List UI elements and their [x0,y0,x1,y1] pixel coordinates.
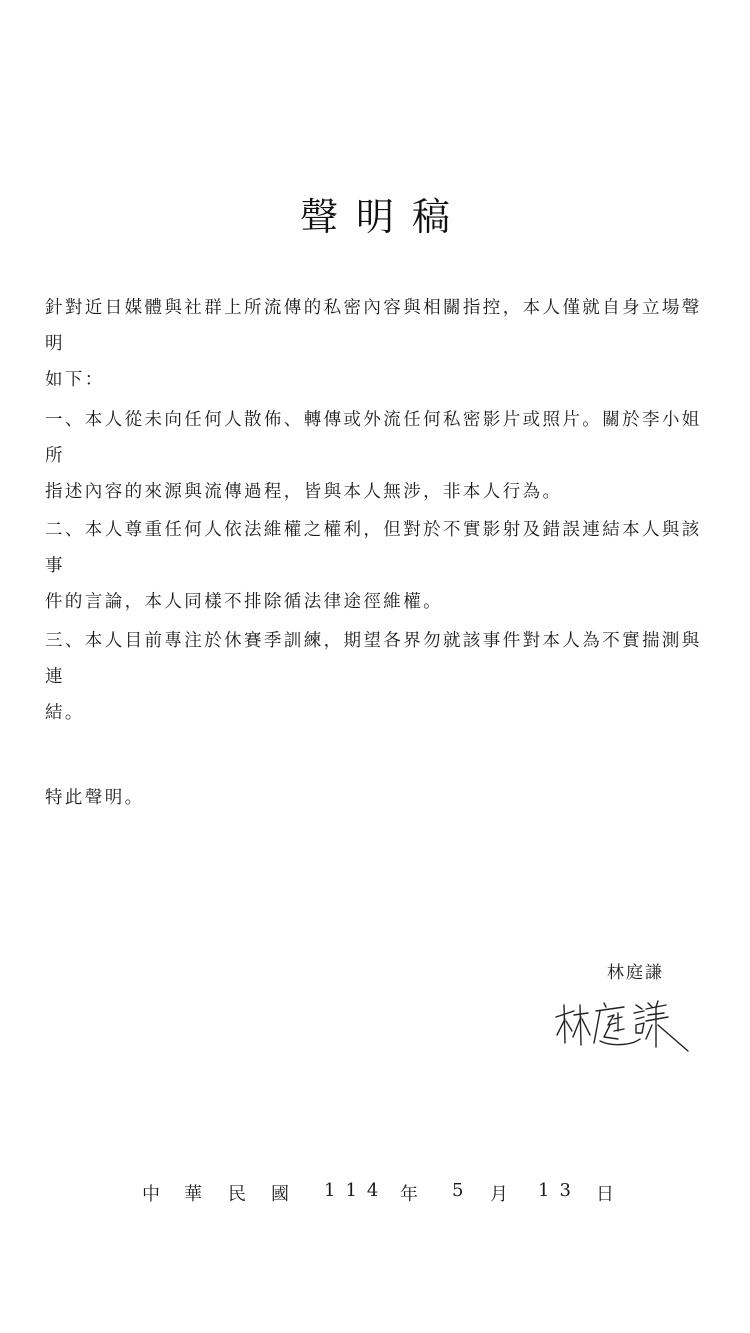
point-2-paragraph: 二、本人尊重任何人依法維權之權利，但對於不實影射及錯誤連結本人與該事 件的言論，… [45,512,705,620]
date-char-ri: 日 [596,1180,614,1206]
date-day: 13 [538,1180,581,1201]
document-title: 聲明稿 [0,186,750,241]
point-1-line-2: 指述內容的來源與流傳過程，皆與本人無涉，非本人行為。 [45,474,705,510]
point-2-line-1: 二、本人尊重任何人依法維權之權利，但對於不實影射及錯誤連結本人與該事 [45,512,705,584]
statement-page: 聲明稿 針對近日媒體與社群上所流傳的私密內容與相關指控，本人僅就自身立場聲明 如… [0,0,750,1333]
date-char-guo: 國 [271,1180,289,1206]
intro-paragraph: 針對近日媒體與社群上所流傳的私密內容與相關指控，本人僅就自身立場聲明 如下： [45,290,705,398]
date-month: 5 [452,1180,463,1201]
point-2-line-2: 件的言論，本人同樣不排除循法律途徑維權。 [45,584,705,620]
point-1-paragraph: 一、本人從未向任何人散佈、轉傳或外流任何私密影片或照片。關於李小姐所 指述內容的… [45,402,705,510]
signer-name: 林庭謙 [607,958,664,983]
intro-line-1: 針對近日媒體與社群上所流傳的私密內容與相關指控，本人僅就自身立場聲明 [45,290,705,362]
point-3-line-2: 結。 [45,695,705,731]
date-char-hua: 華 [184,1180,202,1206]
point-3-paragraph: 三、本人目前專注於休賽季訓練，期望各界勿就該事件對本人為不實揣測與連 結。 [45,623,705,731]
intro-line-2: 如下： [45,362,705,398]
date-year: 114 [324,1180,388,1201]
handwritten-signature-icon [552,995,692,1055]
date-char-min: 民 [228,1180,246,1206]
date-char-zhong: 中 [142,1180,160,1206]
date-line: 中 華 民 國 114 年 5 月 13 日 [0,1180,750,1210]
date-char-yue: 月 [490,1180,508,1206]
point-3-line-1: 三、本人目前專注於休賽季訓練，期望各界勿就該事件對本人為不實揣測與連 [45,623,705,695]
date-char-nian: 年 [400,1180,418,1206]
closing-statement: 特此聲明。 [45,780,705,816]
point-1-line-1: 一、本人從未向任何人散佈、轉傳或外流任何私密影片或照片。關於李小姐所 [45,402,705,474]
